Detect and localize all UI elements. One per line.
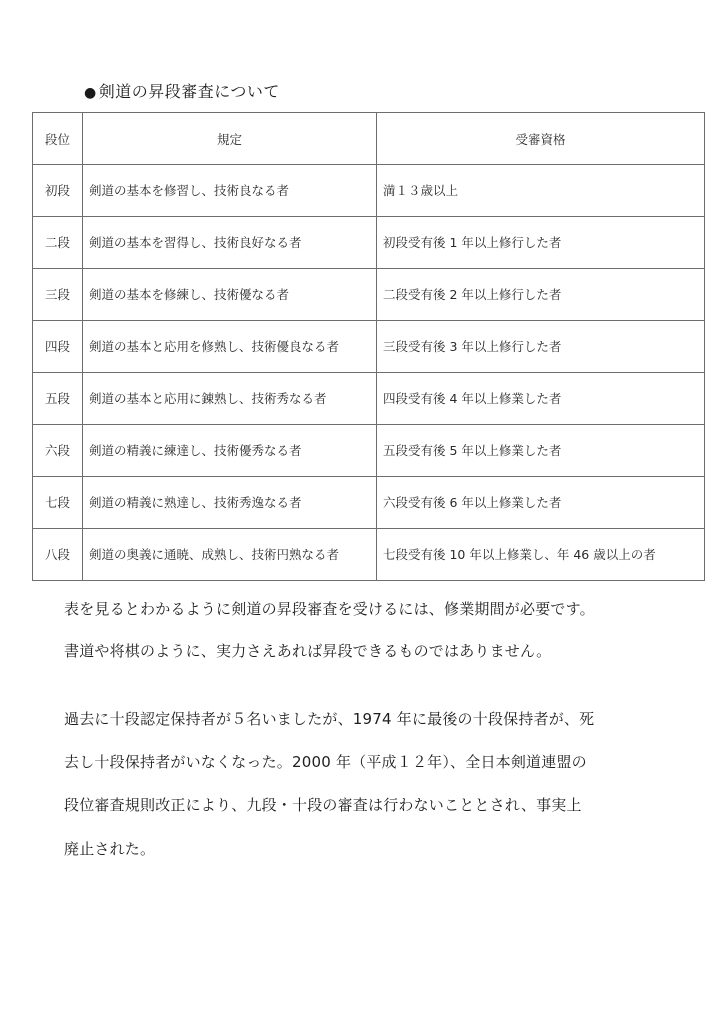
- heading-text: 剣道の昇段審査について: [99, 82, 280, 101]
- body-line-4: 去し十段保持者がいなくなった。2000 年（平成１２年）、全日本剣道連盟の: [64, 751, 587, 772]
- header-qualification: 受審資格: [377, 113, 705, 165]
- qualification-cell: 満１３歳以上: [377, 165, 705, 217]
- requirement-cell: 剣道の基本と応用に錬熟し、技術秀なる者: [83, 373, 377, 425]
- grade-cell: 七段: [33, 477, 83, 529]
- requirement-cell: 剣道の基本と応用を修熟し、技術優良なる者: [83, 321, 377, 373]
- section-heading: ●剣道の昇段審査について: [84, 79, 280, 102]
- header-requirement: 規定: [83, 113, 377, 165]
- qualification-cell: 三段受有後 3 年以上修行した者: [377, 321, 705, 373]
- grade-cell: 四段: [33, 321, 83, 373]
- grade-cell: 二段: [33, 217, 83, 269]
- table-row: 五段 剣道の基本と応用に錬熟し、技術秀なる者 四段受有後 4 年以上修業した者: [33, 373, 705, 425]
- grade-cell: 三段: [33, 269, 83, 321]
- qualification-cell: 六段受有後 6 年以上修業した者: [377, 477, 705, 529]
- table-row: 七段 剣道の精義に熟達し、技術秀逸なる者 六段受有後 6 年以上修業した者: [33, 477, 705, 529]
- requirement-cell: 剣道の基本を修習し、技術良なる者: [83, 165, 377, 217]
- requirement-cell: 剣道の精義に熟達し、技術秀逸なる者: [83, 477, 377, 529]
- grade-cell: 六段: [33, 425, 83, 477]
- table-row: 二段 剣道の基本を習得し、技術良好なる者 初段受有後 1 年以上修行した者: [33, 217, 705, 269]
- grade-cell: 初段: [33, 165, 83, 217]
- qualification-cell: 二段受有後 2 年以上修行した者: [377, 269, 705, 321]
- table-row: 三段 剣道の基本を修練し、技術優なる者 二段受有後 2 年以上修行した者: [33, 269, 705, 321]
- grade-cell: 八段: [33, 529, 83, 581]
- grade-exam-table: 段位 規定 受審資格 初段 剣道の基本を修習し、技術良なる者 満１３歳以上 二段…: [32, 112, 705, 581]
- table-row: 六段 剣道の精義に練達し、技術優秀なる者 五段受有後 5 年以上修業した者: [33, 425, 705, 477]
- body-line-3: 過去に十段認定保持者が５名いましたが、1974 年に最後の十段保持者が、死: [64, 708, 594, 729]
- grade-cell: 五段: [33, 373, 83, 425]
- table-row: 初段 剣道の基本を修習し、技術良なる者 満１３歳以上: [33, 165, 705, 217]
- body-line-1: 表を見るとわかるように剣道の昇段審査を受けるには、修業期間が必要です。: [64, 598, 595, 619]
- requirement-cell: 剣道の奥義に通暁、成熟し、技術円熟なる者: [83, 529, 377, 581]
- qualification-cell: 七段受有後 10 年以上修業し、年 46 歳以上の者: [377, 529, 705, 581]
- requirement-cell: 剣道の基本を習得し、技術良好なる者: [83, 217, 377, 269]
- requirement-cell: 剣道の精義に練達し、技術優秀なる者: [83, 425, 377, 477]
- body-line-2: 書道や将棋のように、実力さえあれば昇段できるものではありません。: [64, 640, 551, 661]
- body-line-6: 廃止された。: [64, 838, 155, 859]
- qualification-cell: 五段受有後 5 年以上修業した者: [377, 425, 705, 477]
- requirement-cell: 剣道の基本を修練し、技術優なる者: [83, 269, 377, 321]
- qualification-cell: 初段受有後 1 年以上修行した者: [377, 217, 705, 269]
- qualification-cell: 四段受有後 4 年以上修業した者: [377, 373, 705, 425]
- bullet-icon: ●: [84, 85, 97, 101]
- table-row: 八段 剣道の奥義に通暁、成熟し、技術円熟なる者 七段受有後 10 年以上修業し、…: [33, 529, 705, 581]
- header-grade: 段位: [33, 113, 83, 165]
- table-row: 四段 剣道の基本と応用を修熟し、技術優良なる者 三段受有後 3 年以上修行した者: [33, 321, 705, 373]
- table-header-row: 段位 規定 受審資格: [33, 113, 705, 165]
- body-line-5: 段位審査規則改正により、九段・十段の審査は行わないこととされ、事実上: [64, 794, 582, 815]
